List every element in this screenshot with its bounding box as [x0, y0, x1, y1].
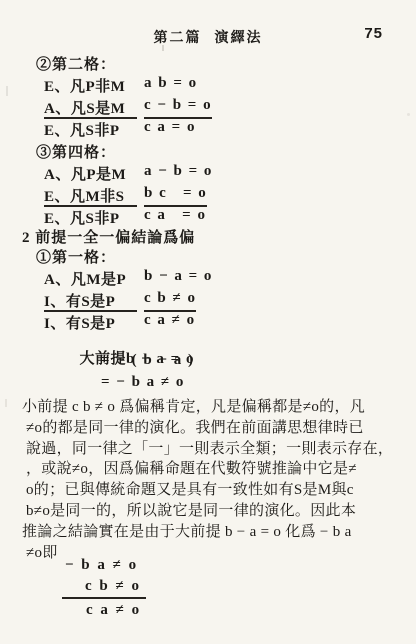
figure-1-heading: ①第一格：: [36, 246, 213, 268]
scan-speck: [407, 113, 410, 116]
major-premise-row: A、凡P是M a − b = o: [44, 163, 213, 185]
minor-premise-row: E、凡M非S b c = o: [44, 185, 213, 207]
derivation-line-1: 大前提b − a = o: [57, 330, 195, 352]
major-premise-row: A、凡M是P b − a = o: [44, 268, 213, 290]
premise-formula: a b = o: [144, 75, 198, 97]
premise-text: A、凡P是M: [44, 163, 137, 185]
premise-formula: a − b = o: [144, 163, 213, 185]
scan-speck: [6, 86, 8, 96]
premise-text: E、凡M非S: [44, 185, 137, 207]
chapter-title: 演繹法: [215, 31, 263, 46]
premise-text: E、凡P非M: [44, 75, 137, 97]
derivation-line-3: = − b a ≠ o: [101, 374, 195, 396]
major-premise-derivation: 大前提b − a = o = − ( b − a ) = − b a ≠ o: [57, 330, 195, 396]
figure-1-syllogism: A、凡M是P b − a = o I、有S是P c b ≠ o I、有S是P c…: [44, 268, 213, 334]
paragraph-line: b≠o是同一的，所以說它是同一律的演化。因此本: [26, 499, 402, 520]
formula-line-1: − b a ≠ o: [65, 557, 146, 578]
figure-2-syllogism: E、凡P非M a b = o A、凡S是M c − b = o E、凡S非P c…: [44, 75, 212, 141]
paragraph-line: ，或說≠o，因爲偏稱命題在代數符號推論中它是≠: [26, 457, 402, 478]
final-inference-formula: − b a ≠ o c b ≠ o c a ≠ o: [62, 557, 146, 623]
conclusion-row: E、凡S非P c a = o: [44, 119, 212, 141]
scanned-book-page: 第二篇演繹法 75 ②第二格： E、凡P非M a b = o A、凡S是M c …: [0, 0, 416, 644]
conclusion-formula: c a = o: [144, 119, 196, 141]
paragraph-line: 推論之結論實在是由于大前提 b − a = o 化爲 − b a: [22, 520, 402, 541]
figure-4-syllogism: A、凡P是M a − b = o E、凡M非S b c = o E、凡S非P c…: [44, 163, 213, 229]
premise-text: I、有S是P: [44, 290, 137, 312]
major-premise-row: E、凡P非M a b = o: [44, 75, 212, 97]
figure-4-heading: ③第四格：: [36, 141, 213, 163]
scan-speck: [162, 45, 164, 51]
paragraph-line: o的；已與傳統命題又是具有一致性如有S是M與c: [26, 478, 402, 499]
figure-2-block: ②第二格： E、凡P非M a b = o A、凡S是M c − b = o E、…: [36, 53, 212, 141]
conclusion-text: E、凡S非P: [44, 119, 137, 141]
chapter-label: 第二篇: [154, 31, 202, 46]
premise-formula: b c = o: [144, 185, 207, 207]
formula-line-2: c b ≠ o: [85, 578, 146, 599]
premise-formula: b − a = o: [144, 268, 213, 290]
premise-formula: c b ≠ o: [144, 290, 196, 312]
figure-4-block: ③第四格： A、凡P是M a − b = o E、凡M非S b c = o E、…: [36, 141, 213, 229]
section-2-heading: 2 前提一全一偏結論爲偏: [22, 226, 195, 247]
scan-speck: [5, 399, 7, 407]
running-header: 第二篇演繹法: [154, 27, 263, 47]
paragraph-line: 說過，同一律之「一」一則表示全類；一則表示存在，: [26, 437, 402, 458]
premise-text: A、凡M是P: [44, 268, 137, 290]
page-number: 75: [364, 25, 383, 42]
minor-premise-row: A、凡S是M c − b = o: [44, 97, 212, 119]
formula-line-3: c a ≠ o: [86, 602, 146, 623]
premise-text: A、凡S是M: [44, 97, 137, 119]
paragraph-line: ≠o的都是同一律的演化。我們在前面講思想律時已: [26, 416, 402, 437]
formula-rule: c b ≠ o: [62, 578, 146, 599]
paragraph-line: 小前提 c b ≠ o 爲偏稱肯定，凡是偏稱都是≠o的，凡: [22, 395, 402, 416]
body-paragraph: 小前提 c b ≠ o 爲偏稱肯定，凡是偏稱都是≠o的，凡 ≠o的都是同一律的演…: [22, 395, 402, 561]
figure-1-block: ①第一格： A、凡M是P b − a = o I、有S是P c b ≠ o I、…: [36, 246, 213, 334]
derivation-line-2: = − ( b − a ): [101, 352, 195, 374]
figure-2-heading: ②第二格：: [36, 53, 212, 75]
minor-premise-row: I、有S是P c b ≠ o: [44, 290, 213, 312]
premise-formula: c − b = o: [144, 97, 212, 119]
